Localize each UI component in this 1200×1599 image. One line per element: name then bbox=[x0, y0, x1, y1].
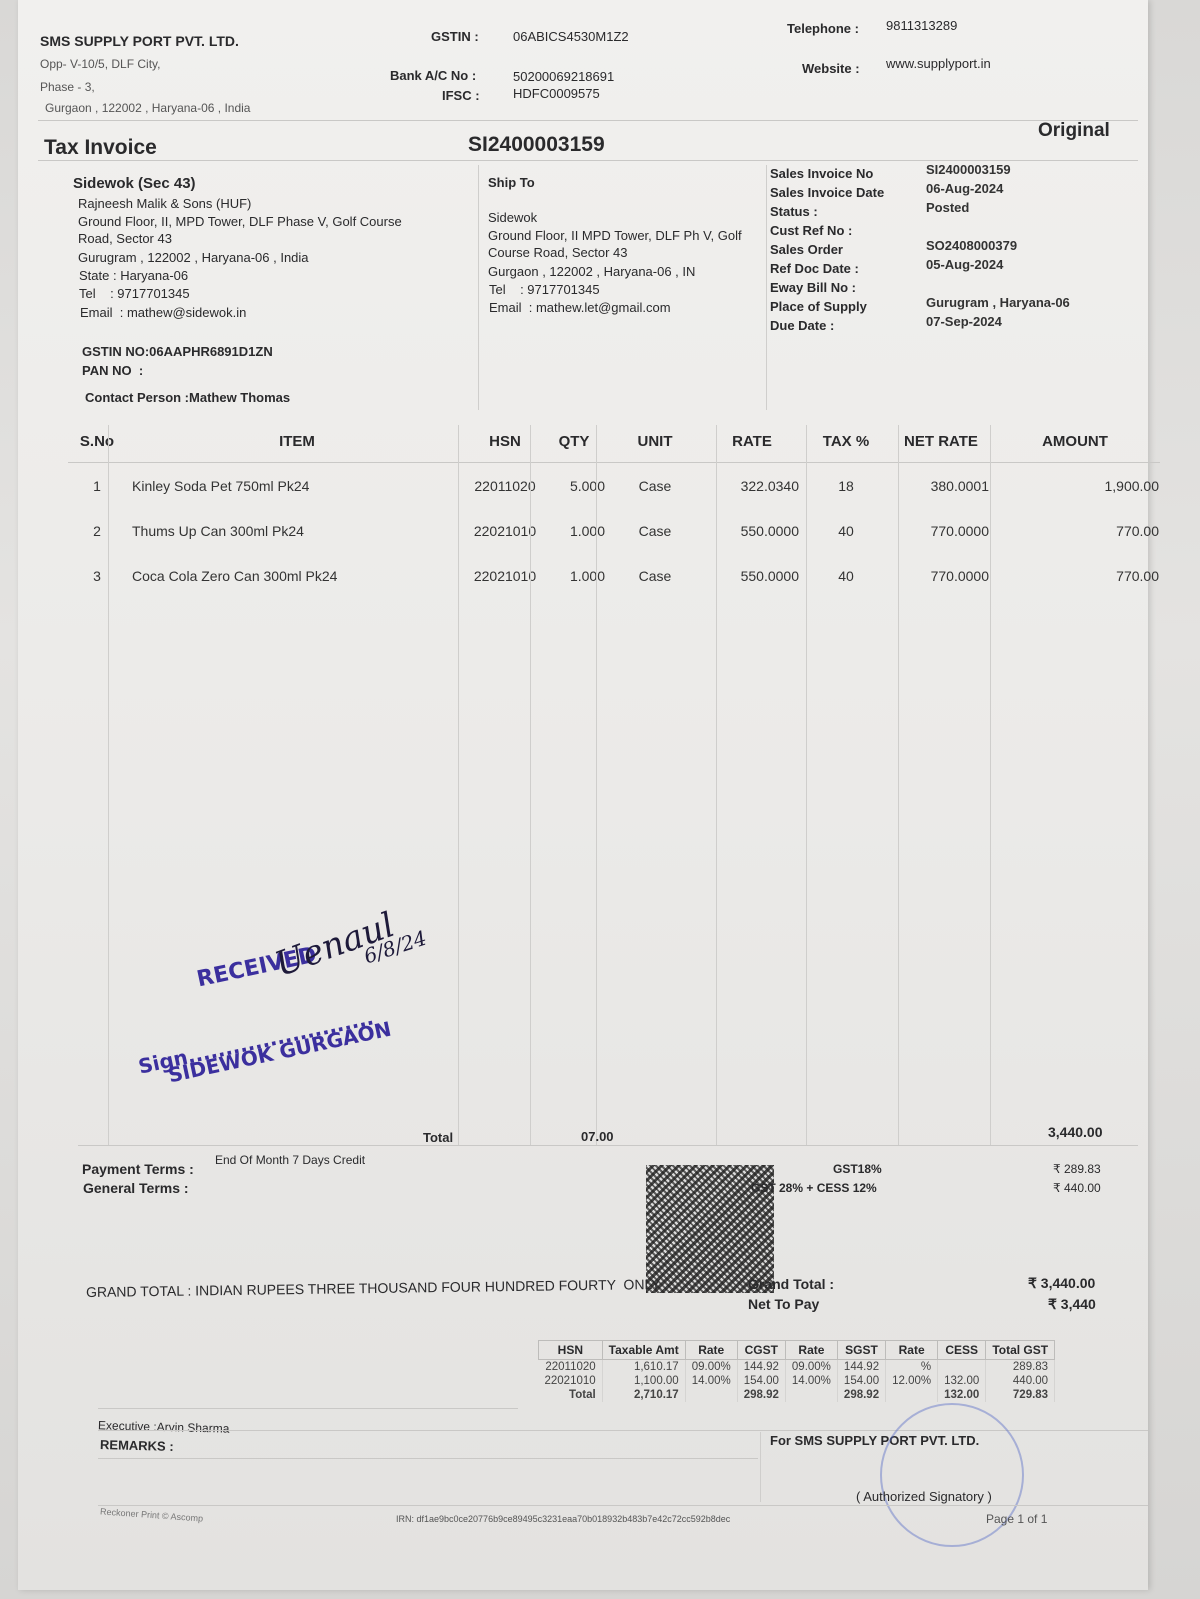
telephone-label: Telephone : bbox=[787, 21, 859, 36]
gst-cell: 298.92 bbox=[737, 1388, 785, 1402]
gst-cell: 154.00 bbox=[837, 1374, 885, 1388]
bill-to-line: Ground Floor, II, MPD Tower, DLF Phase V… bbox=[78, 214, 402, 229]
gst-row: 220210101,100.0014.00%154.0014.00%154.00… bbox=[539, 1374, 1055, 1388]
gst-cell: Total bbox=[539, 1388, 603, 1402]
gst-cell: 22011020 bbox=[539, 1360, 603, 1375]
table-cell: Case bbox=[606, 463, 704, 509]
divider bbox=[98, 1505, 1148, 1506]
seller-address-1: Opp- V-10/5, DLF City, bbox=[40, 57, 161, 71]
table-cell: 770.0000 bbox=[892, 508, 990, 553]
ifsc-code: HDFC0009575 bbox=[513, 86, 600, 101]
table-cell: 770.00 bbox=[990, 553, 1160, 598]
meta-value: SI2400003159 bbox=[926, 162, 1011, 177]
divider bbox=[990, 425, 991, 1145]
gst-cell bbox=[938, 1360, 986, 1375]
table-header-row: S.No ITEM HSN QTY UNIT RATE TAX % NET RA… bbox=[68, 420, 1160, 463]
gst-col-header: Rate bbox=[785, 1341, 837, 1360]
general-terms-label: General Terms : bbox=[83, 1180, 189, 1196]
payment-terms-value: End Of Month 7 Days Credit bbox=[215, 1153, 365, 1167]
gst-col-header: Rate bbox=[685, 1341, 737, 1360]
ship-to-line: Tel : 9717701345 bbox=[489, 282, 600, 297]
gst-cell: 298.92 bbox=[837, 1388, 885, 1402]
tax-summary-value: ₹ 440.00 bbox=[1053, 1181, 1101, 1195]
bank-account: 50200069218691 bbox=[513, 69, 614, 84]
gst-col-header: Total GST bbox=[986, 1341, 1055, 1360]
customer-name: Sidewok (Sec 43) bbox=[73, 175, 196, 192]
divider bbox=[98, 1458, 758, 1459]
table-cell: Case bbox=[606, 508, 704, 553]
page-title: Tax Invoice bbox=[44, 136, 157, 160]
col-unit: UNIT bbox=[606, 420, 704, 463]
divider bbox=[478, 165, 479, 410]
gst-cell: 2,710.17 bbox=[602, 1388, 685, 1402]
divider bbox=[766, 165, 767, 410]
meta-label: Eway Bill No : bbox=[770, 280, 856, 295]
meta-value: 05-Aug-2024 bbox=[926, 257, 1003, 272]
table-cell: 322.0340 bbox=[704, 463, 800, 509]
divider bbox=[530, 425, 531, 1145]
contact-person: Contact Person :Mathew Thomas bbox=[85, 390, 290, 405]
net-to-pay-label: Net To Pay bbox=[748, 1296, 819, 1312]
gst-cell: % bbox=[886, 1360, 938, 1375]
col-tax: TAX % bbox=[800, 420, 892, 463]
gst-cell: 144.92 bbox=[737, 1360, 785, 1375]
bill-to-line: State : Haryana-06 bbox=[79, 268, 188, 283]
gstin-label: GSTIN : bbox=[431, 29, 479, 44]
divider bbox=[458, 425, 459, 1145]
printed-by: Reckoner Print © Ascomp bbox=[100, 1506, 204, 1523]
table-row: 1Kinley Soda Pet 750ml Pk24220110205.000… bbox=[68, 463, 1160, 509]
divider bbox=[38, 120, 1138, 121]
table-cell: 1 bbox=[68, 463, 126, 509]
net-to-pay-value: ₹ 3,440 bbox=[1048, 1296, 1096, 1313]
table-cell: 770.0000 bbox=[892, 553, 990, 598]
meta-value: 07-Sep-2024 bbox=[926, 314, 1002, 329]
website: www.supplyport.in bbox=[886, 56, 991, 71]
gst-cell: 09.00% bbox=[785, 1360, 837, 1375]
col-rate: RATE bbox=[704, 420, 800, 463]
meta-label: Sales Invoice Date bbox=[770, 185, 884, 200]
seller-address-2: Phase - 3, bbox=[40, 80, 95, 94]
invoice-paper: SMS SUPPLY PORT PVT. LTD. Opp- V-10/5, D… bbox=[18, 0, 1148, 1590]
telephone: 9811313289 bbox=[886, 18, 957, 33]
meta-label: Due Date : bbox=[770, 318, 834, 333]
gst-cell: 144.92 bbox=[837, 1360, 885, 1375]
ship-to-line: Gurgaon , 122002 , Haryana-06 , IN bbox=[488, 264, 695, 279]
bill-to-line: Gurugram , 122002 , Haryana-06 , India bbox=[78, 250, 309, 265]
divider bbox=[806, 425, 807, 1145]
remarks-label: REMARKS : bbox=[100, 1437, 174, 1454]
meta-label: Sales Invoice No bbox=[770, 166, 873, 181]
meta-value: SO2408000379 bbox=[926, 238, 1017, 253]
divider bbox=[596, 425, 597, 1145]
gst-cell: 1,100.00 bbox=[602, 1374, 685, 1388]
gst-cell bbox=[785, 1388, 837, 1402]
gst-cell: 12.00% bbox=[886, 1374, 938, 1388]
divider bbox=[716, 425, 717, 1145]
total-label: Total bbox=[423, 1130, 453, 1145]
gst-col-header: CGST bbox=[737, 1341, 785, 1360]
ifsc-label: IFSC : bbox=[442, 88, 480, 103]
ship-to-line: Course Road, Sector 43 bbox=[488, 245, 627, 260]
gst-cell: 154.00 bbox=[737, 1374, 785, 1388]
ship-to-line: Sidewok bbox=[488, 210, 537, 225]
gst-col-header: CESS bbox=[938, 1341, 986, 1360]
ship-to-line: Email : mathew.let@gmail.com bbox=[489, 300, 671, 315]
copy-label: Original bbox=[1038, 120, 1110, 142]
meta-value: Posted bbox=[926, 200, 969, 215]
table-cell: 1,900.00 bbox=[990, 463, 1160, 509]
table-cell: 550.0000 bbox=[704, 553, 800, 598]
invoice-number: SI2400003159 bbox=[468, 133, 605, 157]
divider bbox=[78, 1145, 1138, 1146]
gst-row: Total2,710.17298.92298.92132.00729.83 bbox=[539, 1388, 1055, 1402]
table-cell: 770.00 bbox=[990, 508, 1160, 553]
table-cell: Case bbox=[606, 553, 704, 598]
customer-gstin: GSTIN NO:06AAPHR6891D1ZN bbox=[82, 344, 273, 359]
seller-address-3: Gurgaon , 122002 , Haryana-06 , India bbox=[45, 101, 250, 115]
tax-summary-label: GST18% bbox=[833, 1162, 882, 1176]
gst-header-row: HSNTaxable AmtRateCGSTRateSGSTRateCESSTo… bbox=[539, 1341, 1055, 1360]
table-cell: 40 bbox=[800, 508, 892, 553]
meta-value: 06-Aug-2024 bbox=[926, 181, 1003, 196]
meta-value: Gurugram , Haryana-06 bbox=[926, 295, 1070, 310]
bill-to-line: Tel : 9717701345 bbox=[79, 286, 190, 301]
items-table: S.No ITEM HSN QTY UNIT RATE TAX % NET RA… bbox=[68, 420, 1160, 598]
grand-total-label: Grand Total : bbox=[748, 1276, 834, 1292]
customer-pan: PAN NO : bbox=[82, 363, 143, 378]
divider bbox=[760, 1432, 761, 1502]
gst-cell: 289.83 bbox=[986, 1360, 1055, 1375]
col-amount: AMOUNT bbox=[990, 420, 1160, 463]
table-cell: Kinley Soda Pet 750ml Pk24 bbox=[126, 463, 468, 509]
gst-cell: 09.00% bbox=[685, 1360, 737, 1375]
irn: IRN: df1ae9bc0ce20776b9ce89495c3231eaa70… bbox=[396, 1514, 730, 1524]
divider bbox=[98, 1408, 518, 1409]
meta-label: Place of Supply bbox=[770, 299, 867, 314]
col-sno: S.No bbox=[68, 420, 126, 463]
col-item: ITEM bbox=[126, 420, 468, 463]
executive-name: Executive :Arvin Sharma bbox=[98, 1418, 230, 1435]
gst-row: 220110201,610.1709.00%144.9209.00%144.92… bbox=[539, 1360, 1055, 1375]
meta-label: Sales Order bbox=[770, 242, 843, 257]
page-number: Page 1 of 1 bbox=[986, 1512, 1047, 1526]
gst-cell: 132.00 bbox=[938, 1374, 986, 1388]
gst-cell: 14.00% bbox=[685, 1374, 737, 1388]
table-row: 3Coca Cola Zero Can 300ml Pk24220210101.… bbox=[68, 553, 1160, 598]
table-cell: 2 bbox=[68, 508, 126, 553]
grand-total-value: ₹ 3,440.00 bbox=[1028, 1275, 1095, 1292]
table-row: 2Thums Up Can 300ml Pk24220210101.000Cas… bbox=[68, 508, 1160, 553]
meta-label: Cust Ref No : bbox=[770, 223, 852, 238]
divider bbox=[108, 425, 109, 1145]
ship-to-label: Ship To bbox=[488, 175, 535, 190]
bank-label: Bank A/C No : bbox=[390, 68, 476, 83]
total-qty: 07.00 bbox=[581, 1129, 614, 1144]
table-cell: 18 bbox=[800, 463, 892, 509]
table-cell: 40 bbox=[800, 553, 892, 598]
divider bbox=[38, 160, 1138, 161]
bill-to-line: Email : mathew@sidewok.in bbox=[80, 305, 246, 320]
gst-cell: 14.00% bbox=[785, 1374, 837, 1388]
table-cell: Thums Up Can 300ml Pk24 bbox=[126, 508, 468, 553]
gst-cell: 729.83 bbox=[986, 1388, 1055, 1402]
col-net-rate: NET RATE bbox=[892, 420, 990, 463]
payment-terms-label: Payment Terms : bbox=[82, 1161, 194, 1177]
table-cell: 3 bbox=[68, 553, 126, 598]
seller-gstin: 06ABICS4530M1Z2 bbox=[513, 29, 629, 44]
gst-col-header: Taxable Amt bbox=[602, 1341, 685, 1360]
gst-col-header: HSN bbox=[539, 1341, 603, 1360]
gst-cell: 1,610.17 bbox=[602, 1360, 685, 1375]
bill-to-line: Road, Sector 43 bbox=[78, 231, 172, 246]
gst-col-header: SGST bbox=[837, 1341, 885, 1360]
tax-summary-value: ₹ 289.83 bbox=[1053, 1162, 1101, 1176]
gst-cell: 132.00 bbox=[938, 1388, 986, 1402]
seller-name: SMS SUPPLY PORT PVT. LTD. bbox=[40, 33, 239, 49]
website-label: Website : bbox=[802, 61, 860, 76]
table-cell: 550.0000 bbox=[704, 508, 800, 553]
total-amount: 3,440.00 bbox=[1048, 1124, 1103, 1140]
gst-breakup-table: HSNTaxable AmtRateCGSTRateSGSTRateCESSTo… bbox=[538, 1340, 1055, 1402]
gst-cell bbox=[685, 1388, 737, 1402]
bill-to-line: Rajneesh Malik & Sons (HUF) bbox=[78, 196, 251, 211]
table-cell: 380.0001 bbox=[892, 463, 990, 509]
gst-cell: 22021010 bbox=[539, 1374, 603, 1388]
gst-col-header: Rate bbox=[886, 1341, 938, 1360]
gst-cell: 440.00 bbox=[986, 1374, 1055, 1388]
table-cell: Coca Cola Zero Can 300ml Pk24 bbox=[126, 553, 468, 598]
divider bbox=[898, 425, 899, 1145]
meta-label: Ref Doc Date : bbox=[770, 261, 859, 276]
authorized-signatory: ( Authorized Signatory ) bbox=[856, 1489, 992, 1504]
tax-summary-label: GST 28% + CESS 12% bbox=[751, 1181, 877, 1195]
meta-label: Status : bbox=[770, 204, 818, 219]
amount-in-words: GRAND TOTAL : INDIAN RUPEES THREE THOUSA… bbox=[86, 1276, 661, 1300]
ship-to-line: Ground Floor, II MPD Tower, DLF Ph V, Go… bbox=[488, 228, 742, 243]
gst-cell bbox=[886, 1388, 938, 1402]
